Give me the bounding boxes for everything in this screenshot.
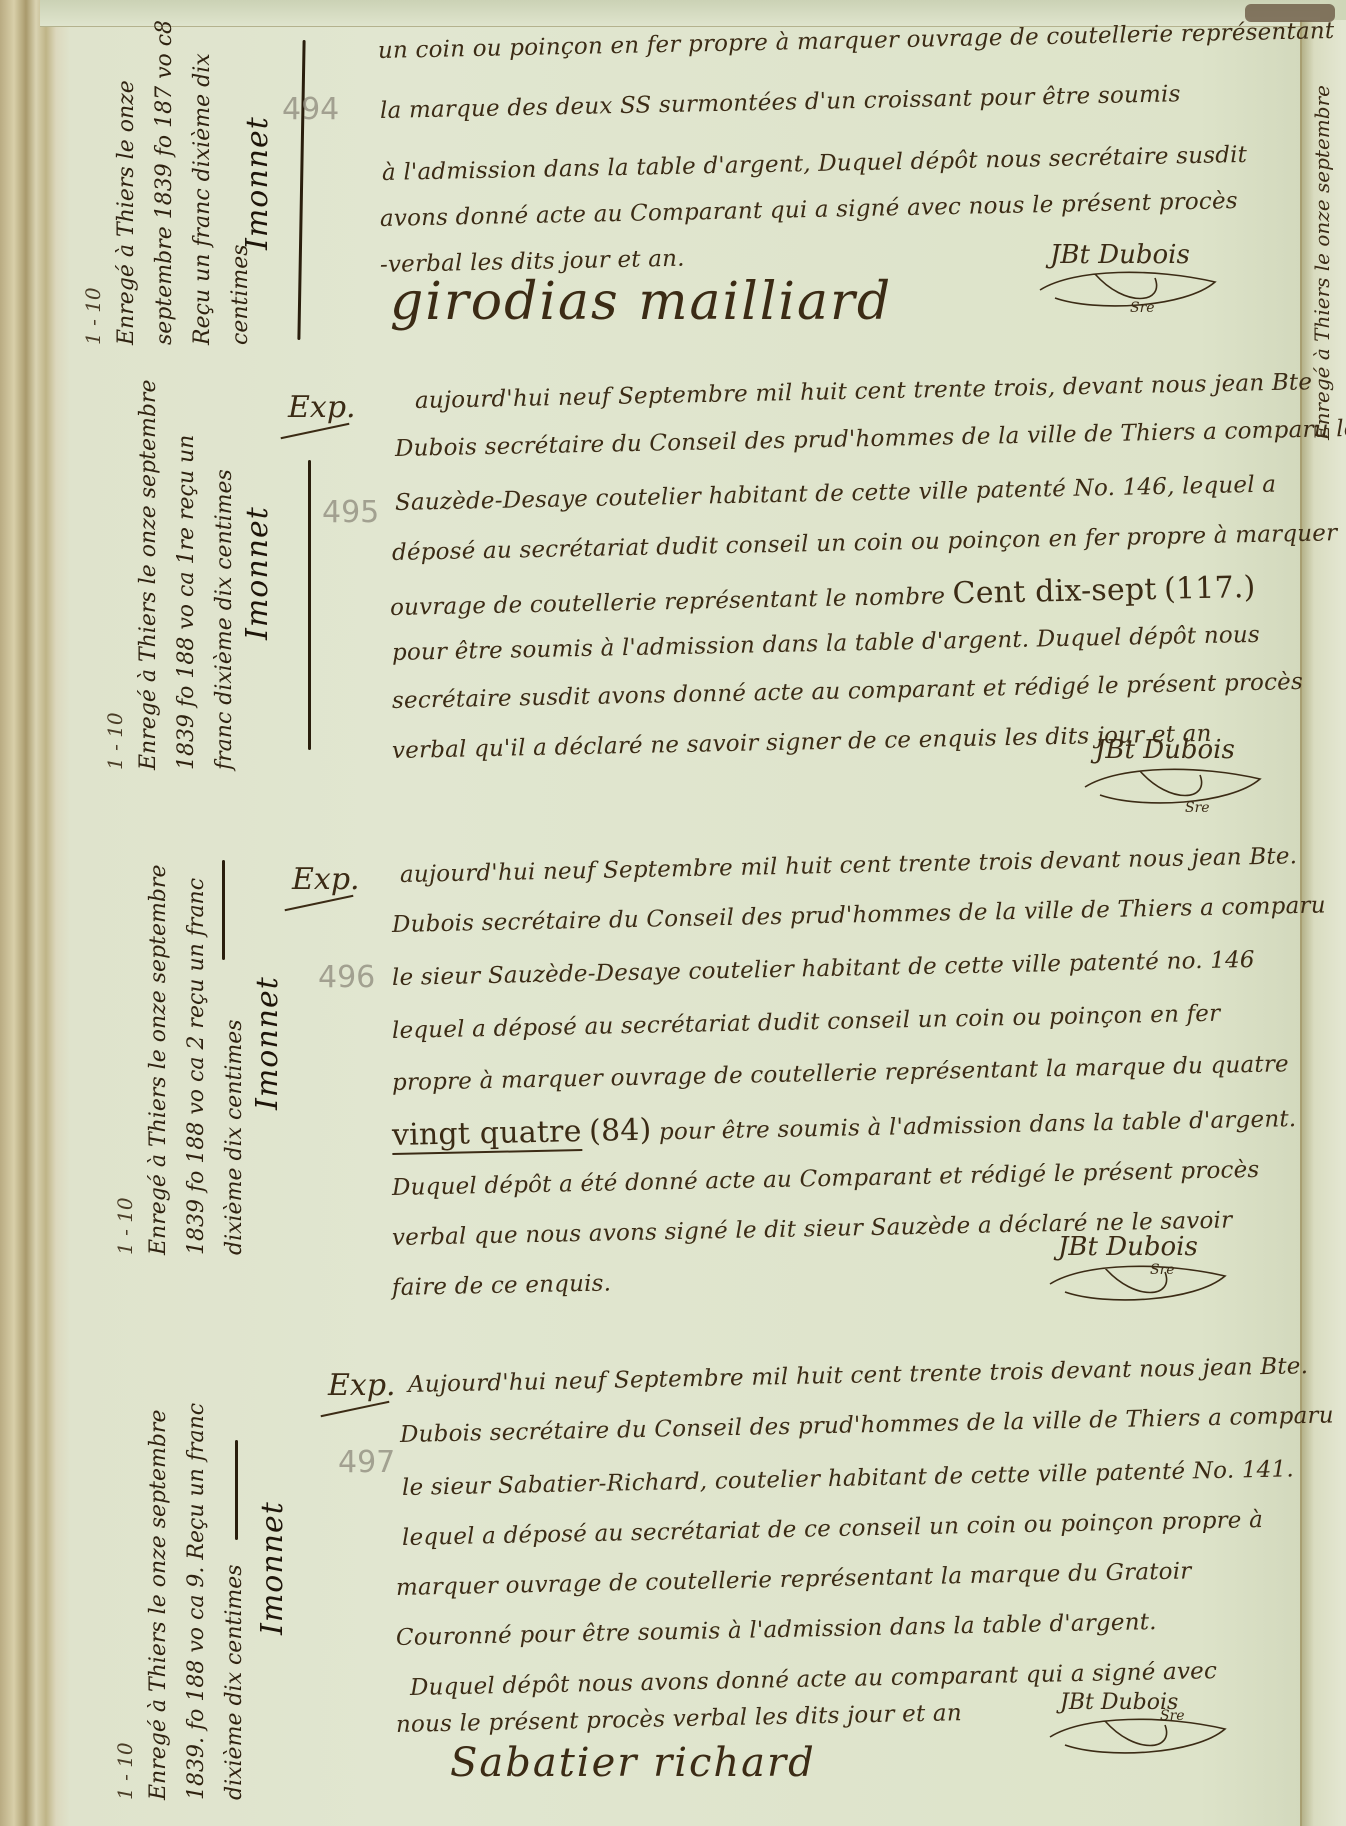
text-line: secrétaire susdit avons donné acte au co…: [392, 669, 1304, 714]
paraph-signature-495: Imonnet: [240, 506, 275, 640]
text-line: ouvrage de coutellerie représentant le n…: [390, 570, 1256, 623]
text-line: pour être soumis à l'admission dans la t…: [392, 622, 1260, 666]
text-line: vingt quatre (84) pour être soumis à l'a…: [392, 1099, 1297, 1153]
fee-fraction: 1 - 10: [110, 1403, 140, 1800]
text-line: Dubois secrétaire du Conseil des prud'ho…: [395, 414, 1346, 462]
signature-flourish-icon: [1045, 1262, 1235, 1308]
margin-note-497: 1 - 10 Enregé à Thiers le onze septembre…: [110, 1403, 254, 1800]
entry-number: 496: [318, 960, 375, 995]
paraph-signature-497: Imonnet: [255, 1501, 290, 1635]
mark-text: Cent dix-sept: [952, 572, 1157, 611]
clerk-signature: JBt Dubois: [1050, 240, 1190, 270]
fee-fraction: 1 - 10: [78, 20, 108, 345]
margin-stroke: [297, 40, 305, 340]
margin-note-494: 1 - 10 Enregé à Thiers le onze septembre…: [78, 20, 260, 345]
text-line: propre à marquer ouvrage de coutellerie …: [392, 1051, 1289, 1096]
text-line: Aujourd'hui neuf Septembre mil huit cent…: [408, 1353, 1309, 1398]
margin-note-496: 1 - 10 Enregé à Thiers le onze septembre…: [110, 865, 254, 1255]
margin-line: septembre 1839 fo 187 vo c8: [146, 20, 184, 345]
clerk-signature: JBt Dubois: [1058, 1232, 1198, 1262]
text-line: lequel a déposé au secrétariat de ce con…: [402, 1507, 1264, 1551]
mark-number: (84): [589, 1113, 652, 1149]
entry-number: 495: [322, 495, 379, 530]
margin-line: 1839 fo 188 vo ca 1re reçu un: [168, 380, 206, 770]
text-line: aujourd'hui neuf Septembre mil huit cent…: [415, 369, 1313, 414]
signature-flourish-icon: [1080, 765, 1270, 811]
exp-marker: Exp.: [292, 862, 360, 897]
text-line: nous le présent procès verbal les dits j…: [396, 1700, 962, 1738]
text-line: la marque des deux SS surmontées d'un cr…: [380, 81, 1181, 124]
entry-number: 497: [338, 1445, 395, 1480]
clerk-title: Sre: [1150, 1262, 1175, 1278]
text-line: le sieur Sabatier-Richard, coutelier hab…: [402, 1456, 1294, 1501]
fee-fraction: 1 - 10: [100, 380, 130, 770]
margin-line: Reçu un franc dixième dix: [184, 20, 222, 345]
text-line: Sauzède-Desaye coutelier habitant de cet…: [395, 472, 1277, 516]
text-line: marquer ouvrage de coutellerie représent…: [396, 1558, 1192, 1601]
paraph-signature-494: Imonnet: [240, 116, 275, 250]
text-line: le sieur Sauzède-Desaye coutelier habita…: [392, 947, 1255, 991]
clerk-title: Sre: [1160, 1708, 1185, 1724]
signature-flourish-icon: [1045, 1715, 1235, 1761]
fee-fraction: 1 - 10: [110, 865, 140, 1255]
entry-number: 494: [282, 92, 339, 127]
exp-marker: Exp.: [328, 1368, 396, 1403]
party-signature: Sabatier richard: [450, 1740, 816, 1786]
margin-stroke: [222, 860, 225, 960]
text-line: Couronné pour être soumis à l'admission …: [396, 1609, 1157, 1651]
margin-line: Enregé à Thiers le onze septembre: [130, 380, 168, 770]
clerk-title: Sre: [1130, 300, 1155, 316]
text-line: aujourd'hui neuf Septembre mil huit cent…: [400, 843, 1298, 888]
margin-line: Enregé à Thiers le onze: [108, 20, 146, 345]
text-line: Duquel dépôt a été donné acte au Compara…: [392, 1157, 1260, 1201]
facing-page-note: Enregé à Thiers le onze septembre: [1310, 85, 1334, 440]
mark-number: (117.): [1164, 570, 1256, 607]
party-signature: girodias mailliard: [390, 272, 892, 332]
clerk-signature: JBt Dubois: [1095, 735, 1235, 765]
margin-line: 1839 fo 188 vo ca 2 reçu un franc: [178, 865, 216, 1255]
text-line: verbal qu'il a déclaré ne savoir signer …: [392, 721, 1212, 764]
scanned-register-page: Enregé à Thiers le onze septembre 1 - 10…: [0, 0, 1346, 1826]
text-line: Dubois secrétaire du Conseil des prud'ho…: [400, 1402, 1334, 1448]
exp-marker: Exp.: [288, 390, 356, 425]
mark-text: vingt quatre: [392, 1114, 582, 1155]
margin-stroke: [308, 460, 311, 750]
text-line: avons donné acte au Comparant qui a sign…: [380, 188, 1238, 232]
text-line: déposé au secrétariat dudit conseil un c…: [392, 520, 1338, 566]
margin-note-495: 1 - 10 Enregé à Thiers le onze septembre…: [100, 380, 244, 770]
text-line: Dubois secrétaire du Conseil des prud'ho…: [392, 892, 1326, 938]
margin-line: Enregé à Thiers le onze septembre: [140, 1403, 178, 1800]
text-line: lequel a déposé au secrétariat dudit con…: [392, 1001, 1221, 1044]
text-line: faire de ce enquis.: [392, 1270, 612, 1301]
margin-line: 1839. fo 188 vo ca 9. Reçu un franc: [178, 1403, 216, 1800]
margin-line: franc dixième dix centimes: [206, 380, 244, 770]
margin-line: Enregé à Thiers le onze septembre: [140, 865, 178, 1255]
margin-stroke: [235, 1440, 238, 1540]
paraph-signature-496: Imonnet: [250, 976, 285, 1110]
text-line: à l'admission dans la table d'argent, Du…: [382, 142, 1248, 186]
clerk-title: Sre: [1185, 800, 1210, 816]
